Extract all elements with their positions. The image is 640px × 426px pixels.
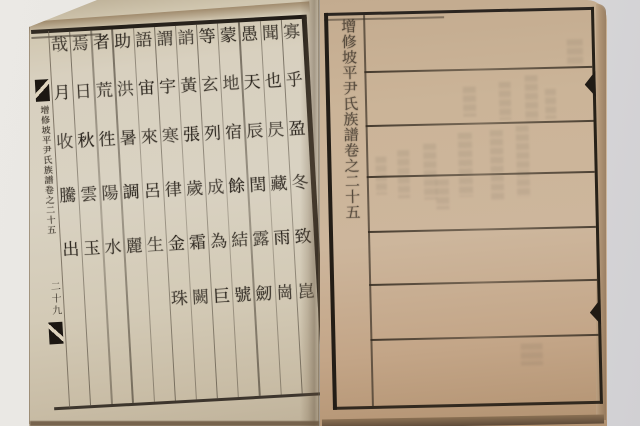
grid-char: 閏: [247, 172, 269, 194]
bleedthrough-smudge: [521, 343, 543, 365]
grid-char: 天: [241, 69, 263, 91]
bleedthrough-smudge: [490, 130, 505, 200]
grid-char: 金: [165, 231, 187, 253]
grid-char: 生: [144, 232, 166, 254]
right-page-print-block: 增修坡平尹氏族譜卷之二十五: [324, 7, 603, 411]
bleedthrough-smudge: [397, 150, 410, 198]
grid-char: 焉: [69, 31, 91, 53]
book-photo: 增修坡平尹氏族譜卷之二十五 二十九 寡聞愚蒙等誚謂語助者焉哉乎也天地玄黃宇宙洪荒…: [0, 0, 640, 426]
grid-char: 露: [250, 226, 272, 248]
grid-char: 張: [180, 122, 202, 144]
grid-char: 語: [133, 27, 155, 49]
bleedthrough-smudge: [463, 87, 477, 117]
grid-char: 為: [207, 228, 229, 250]
grid-char: 黃: [178, 73, 200, 95]
bleedthrough-smudge: [516, 125, 531, 197]
grid-char: 等: [196, 24, 218, 46]
bleedthrough-smudge: [436, 179, 450, 209]
grid-char: 號: [232, 282, 254, 304]
grid-char: 麗: [123, 233, 145, 255]
grid-char: 調: [120, 179, 142, 201]
bleedthrough-smudge: [375, 157, 387, 195]
grid-char: 蒙: [217, 22, 239, 44]
grid-char: 宿: [223, 119, 245, 141]
grid-char: 謂: [154, 26, 176, 48]
grid-char: 呂: [141, 178, 163, 200]
grid-char: 也: [262, 68, 284, 90]
grid-char: 愚: [238, 21, 260, 43]
grid-char: 秋: [75, 128, 97, 150]
grid-char: 地: [220, 70, 242, 92]
grid-char: 律: [162, 177, 184, 199]
grid-char: 列: [201, 120, 223, 142]
grid-char: 誚: [175, 25, 197, 47]
grid-char: 昃: [265, 117, 287, 139]
grid-char: 珠: [168, 286, 190, 308]
grid-char: 收: [54, 129, 76, 151]
grid-char: 巨: [211, 283, 233, 305]
left-page-print-block: 增修坡平尹氏族譜卷之二十五 二十九 寡聞愚蒙等誚謂語助者焉哉乎也天地玄黃宇宙洪荒…: [31, 15, 328, 414]
grid-char: 雲: [78, 181, 100, 203]
grid-char: 來: [138, 124, 160, 146]
grid-char: 月: [51, 80, 73, 102]
grid-char: 者: [90, 30, 112, 52]
grid-char: 洪: [114, 76, 136, 98]
grid-char: 崗: [274, 280, 296, 302]
grid-char: 結: [229, 227, 251, 249]
bleedthrough-smudge: [524, 75, 538, 121]
grid-char: 宇: [156, 74, 178, 96]
bleedthrough-smudge: [458, 133, 473, 197]
bleedthrough-smudge: [545, 89, 557, 119]
page-edge-stack: [30, 421, 319, 426]
grid-char: 歲: [183, 176, 205, 198]
left-grid: 寡聞愚蒙等誚謂語助者焉哉乎也天地玄黃宇宙洪荒日月盈昃辰宿列張寒來暑徃秋收冬藏閏餘…: [31, 15, 328, 414]
bleedthrough-smudge: [499, 82, 512, 120]
grid-char: 霜: [186, 229, 208, 251]
grid-char: 劒: [253, 281, 275, 303]
grid-char: 宙: [135, 75, 157, 97]
grid-char: 藏: [268, 171, 290, 193]
grid-char: 辰: [244, 118, 266, 140]
grid-char: 聞: [259, 20, 281, 42]
grid-char: 日: [72, 79, 94, 101]
grid-char: 成: [204, 174, 226, 196]
grid-char: 助: [112, 28, 134, 50]
grid-char: 徃: [96, 126, 118, 148]
grid-char: 餘: [226, 173, 248, 195]
grid-char: 暑: [117, 125, 139, 147]
grid-char: 玄: [199, 72, 221, 94]
grid-char: 雨: [271, 225, 293, 247]
grid-char: 出: [60, 237, 82, 259]
grid-char: 水: [102, 234, 124, 256]
grid-char: 闕: [189, 284, 211, 306]
grid-char: 荒: [93, 77, 115, 99]
grid-char: 陽: [99, 180, 121, 202]
bleedthrough-smudge: [567, 39, 584, 65]
grid-char: 哉: [48, 32, 70, 54]
grid-char: 騰: [57, 183, 79, 205]
bleedthrough-area: [324, 7, 603, 411]
grid-char: 寒: [159, 123, 181, 145]
grid-char: 玉: [81, 235, 103, 257]
